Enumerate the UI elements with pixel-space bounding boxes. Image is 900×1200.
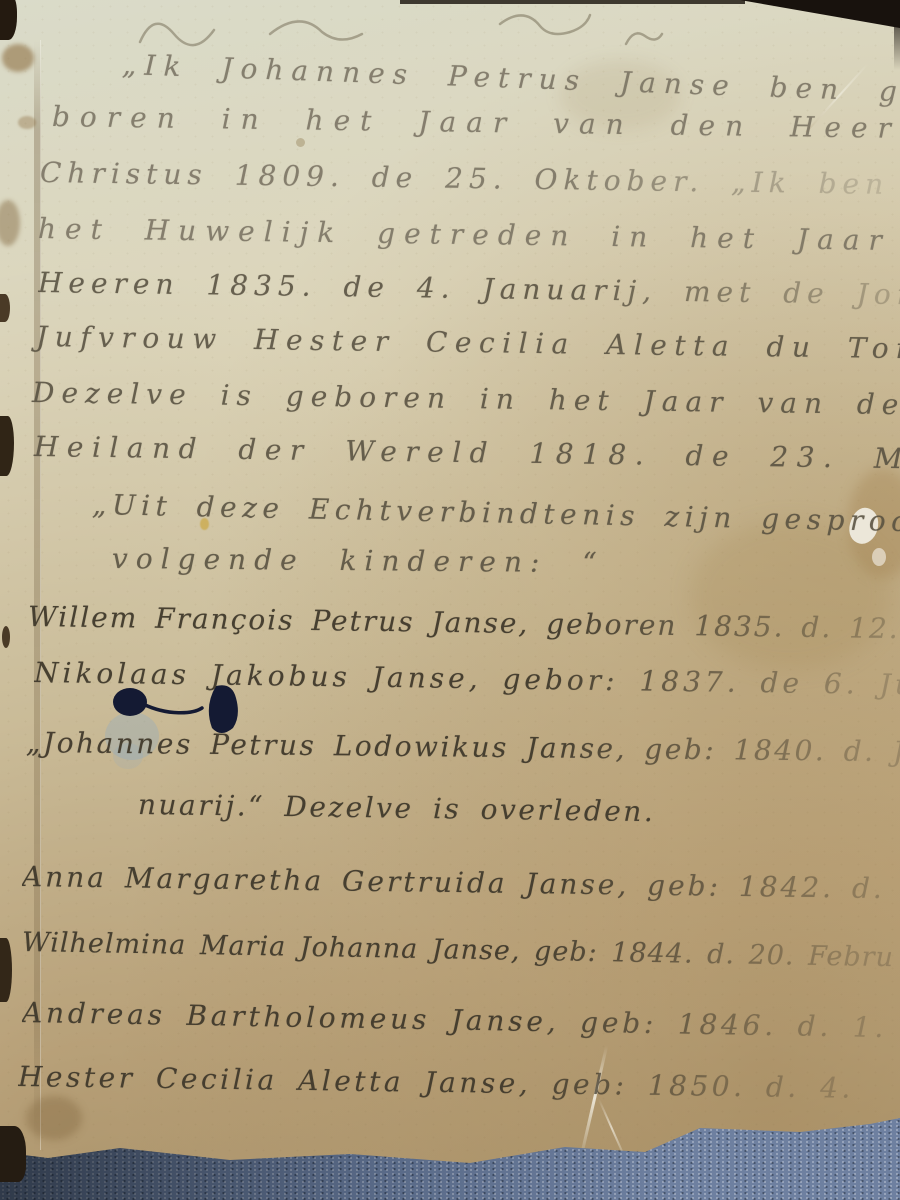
binding-edge-blob xyxy=(2,626,10,648)
page-fold-crease xyxy=(34,40,41,1150)
handwritten-line: Andreas Bartholomeus Janse, geb: 1846. d… xyxy=(22,996,888,1045)
handwritten-line: het Huwelijk getreden in het Jaar d xyxy=(38,212,900,259)
handwritten-line: „Ik Johannes Petrus Janse ben ge xyxy=(121,48,900,110)
background-top-edge xyxy=(400,0,745,4)
paper-stain xyxy=(26,1096,82,1140)
paper-stain xyxy=(2,44,34,72)
faint-scribble xyxy=(120,2,680,54)
paper-stain xyxy=(0,200,20,246)
torn-paper-chip xyxy=(872,548,886,566)
manuscript-photo: „Ik Johannes Petrus Janse ben ge boren i… xyxy=(0,0,900,1200)
binding-edge-blob xyxy=(0,1126,26,1182)
handwritten-line: Heeren 1835. de 4. Januarij, met de Jong… xyxy=(38,266,900,313)
handwritten-line: nuarij.“ Dezelve is overleden. xyxy=(138,788,656,829)
binding-edge-blob xyxy=(0,938,12,1002)
handwritten-line: Anna Margaretha Gertruida Janse, geb: 18… xyxy=(22,860,900,907)
handwritten-line: „Uit deze Echtverbindtenis zijn gesproo xyxy=(92,488,900,539)
handwritten-line: boren in het Jaar van den Heer Je xyxy=(52,100,900,147)
handwritten-line: Hester Cecilia Aletta Janse, geb: 1850. … xyxy=(18,1060,854,1106)
handwritten-line: Dezelve is geboren in het Jaar van den xyxy=(32,376,900,423)
handwritten-line: Heiland der Wereld 1818. de 23. Mei. xyxy=(34,430,900,477)
handwritten-line: Jufvrouw Hester Cecilia Aletta du Toit xyxy=(36,320,900,366)
binding-edge-blob xyxy=(0,294,10,322)
handwritten-line: volgende kinderen: “ xyxy=(112,542,605,580)
background-right-edge xyxy=(894,0,900,70)
handwritten-line: Wilhelmina Maria Johanna Janse, geb: 184… xyxy=(22,926,895,975)
paper-stain xyxy=(296,138,305,147)
paper-stain xyxy=(18,116,36,129)
manuscript-page: „Ik Johannes Petrus Janse ben ge boren i… xyxy=(0,0,900,1200)
paper-crease xyxy=(579,1045,608,1161)
handwritten-line: Christus 1809. de 25. Oktober. „Ik ben i xyxy=(40,156,900,202)
